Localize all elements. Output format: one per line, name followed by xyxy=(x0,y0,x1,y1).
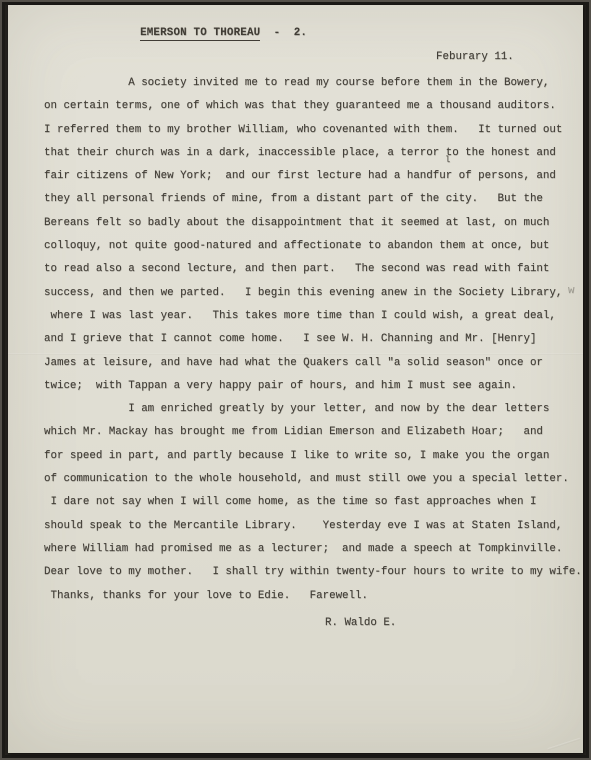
letter-line: should speak to the Mercantile Library. … xyxy=(44,515,584,538)
letter-header-page-number: - 2. xyxy=(260,27,307,39)
letter-line: colloquy, not quite good-natured and aff… xyxy=(44,235,584,258)
letter-line: I referred them to my brother William, w… xyxy=(44,119,584,142)
letter-line: James at leisure, and have had what the … xyxy=(44,352,584,375)
scanned-letter-page: EMERSON TO THOREAU - 2. Feburary 11. A s… xyxy=(0,0,591,760)
letter-date: Feburary 11. xyxy=(436,51,514,63)
letter-line: I am enriched greatly by your letter, an… xyxy=(44,398,584,421)
letter-line: which Mr. Mackay has brought me from Lid… xyxy=(44,421,584,444)
letter-paper: EMERSON TO THOREAU - 2. Feburary 11. A s… xyxy=(8,5,583,753)
letter-line: fair citizens of New York; and our first… xyxy=(44,165,584,188)
letter-signature: R. Waldo E. xyxy=(325,617,396,629)
letter-line: that their church was in a dark, inacces… xyxy=(44,142,584,165)
letter-line: Bereans felt so badly about the disappoi… xyxy=(44,212,584,235)
letter-line: of communication to the whole household,… xyxy=(44,468,584,491)
letter-line: for speed in part, and partly because I … xyxy=(44,445,584,468)
paper-crease-corner xyxy=(548,738,581,750)
letter-line: and I grieve that I cannot come home. I … xyxy=(44,328,584,351)
letter-line: where I was last year. This takes more t… xyxy=(44,305,584,328)
paper-crease-horizontal xyxy=(8,353,583,355)
letter-line: where William had promised me as a lectu… xyxy=(44,538,584,561)
letter-line: A society invited me to read my course b… xyxy=(44,72,584,95)
letter-line: success, and then we parted. I begin thi… xyxy=(44,282,584,305)
letter-line: Dear love to my mother. I shall try with… xyxy=(44,561,584,584)
letter-line: on certain terms, one of which was that … xyxy=(44,95,584,118)
letter-line: to read also a second lecture, and then … xyxy=(44,258,584,281)
letter-line: I dare not say when I will come home, as… xyxy=(44,491,584,514)
letter-body: A society invited me to read my course b… xyxy=(44,72,584,608)
letter-line: twice; with Tappan a very happy pair of … xyxy=(44,375,584,398)
letter-line: Thanks, thanks for your love to Edie. Fa… xyxy=(44,585,584,608)
ghost-typed-letter-w: w xyxy=(568,285,574,297)
letter-line: they all personal friends of mine, from … xyxy=(44,188,584,211)
letter-header: EMERSON TO THOREAU - 2. xyxy=(100,15,307,51)
typed-correction-letter-l: l xyxy=(445,155,450,165)
letter-header-title: EMERSON TO THOREAU xyxy=(140,27,260,41)
